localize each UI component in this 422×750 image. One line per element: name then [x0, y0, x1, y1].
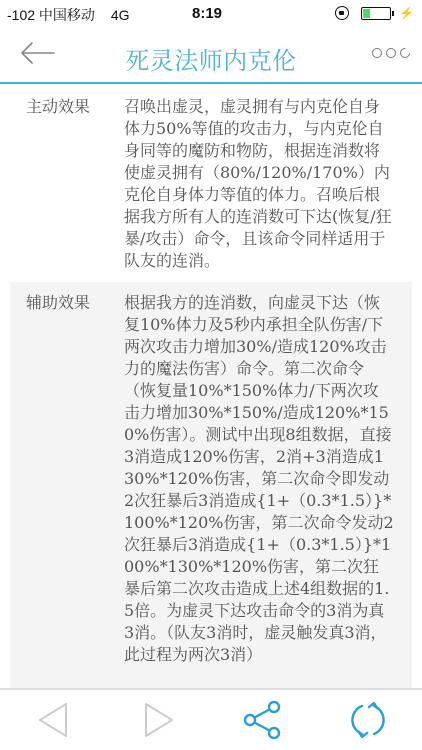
content-scroll-area[interactable]: 主动效果 召唤出虚灵，虚灵拥有与内克伦自身体力50%等值的攻击力，与内克伦自身同…: [0, 86, 422, 688]
status-time: 8:19: [192, 5, 222, 22]
effect-row-active: 主动效果 召唤出虚灵，虚灵拥有与内克伦自身体力50%等值的攻击力，与内克伦自身同…: [10, 86, 412, 282]
status-right: ⚡: [335, 6, 414, 20]
triangle-left-icon: [34, 698, 78, 742]
battery-icon: [361, 7, 391, 20]
refresh-button[interactable]: [346, 698, 390, 742]
refresh-icon: [346, 698, 390, 742]
triangle-right-icon: [136, 698, 180, 742]
charging-icon: ⚡: [399, 6, 414, 20]
nav-header: 死灵法师内克伦: [0, 28, 422, 84]
status-bar: -102 中国移动 4G 8:19 ⚡: [0, 0, 422, 28]
row-text: 根据我方的连消数，向虚灵下达（恢复10%体力及5秒内承担全队伤害/下两次攻击力增…: [124, 292, 394, 674]
carrier-name: 中国移动: [39, 7, 95, 23]
network-type: 4G: [111, 7, 130, 23]
share-button[interactable]: [240, 698, 284, 742]
share-icon: [240, 698, 284, 742]
more-button[interactable]: [372, 48, 410, 58]
rotation-lock-icon: [335, 6, 349, 20]
prev-button[interactable]: [34, 698, 78, 742]
row-label: 辅助效果: [10, 292, 124, 674]
next-button[interactable]: [136, 698, 180, 742]
effect-row-support: 辅助效果 根据我方的连消数，向虚灵下达（恢复10%体力及5秒内承担全队伤害/下两…: [10, 282, 412, 688]
more-dot: [398, 46, 412, 60]
status-left: -102 中国移动 4G: [7, 5, 130, 25]
more-dots-icon: [372, 48, 382, 58]
bottom-toolbar: [0, 688, 422, 750]
more-dot: [386, 48, 396, 58]
page-title: 死灵法师内克伦: [0, 41, 422, 76]
signal-strength: -102: [7, 7, 35, 23]
row-text: 召唤出虚灵，虚灵拥有与内克伦自身体力50%等值的攻击力，与内克伦自身同等的魔防和…: [124, 96, 394, 268]
row-label: 主动效果: [10, 96, 124, 268]
